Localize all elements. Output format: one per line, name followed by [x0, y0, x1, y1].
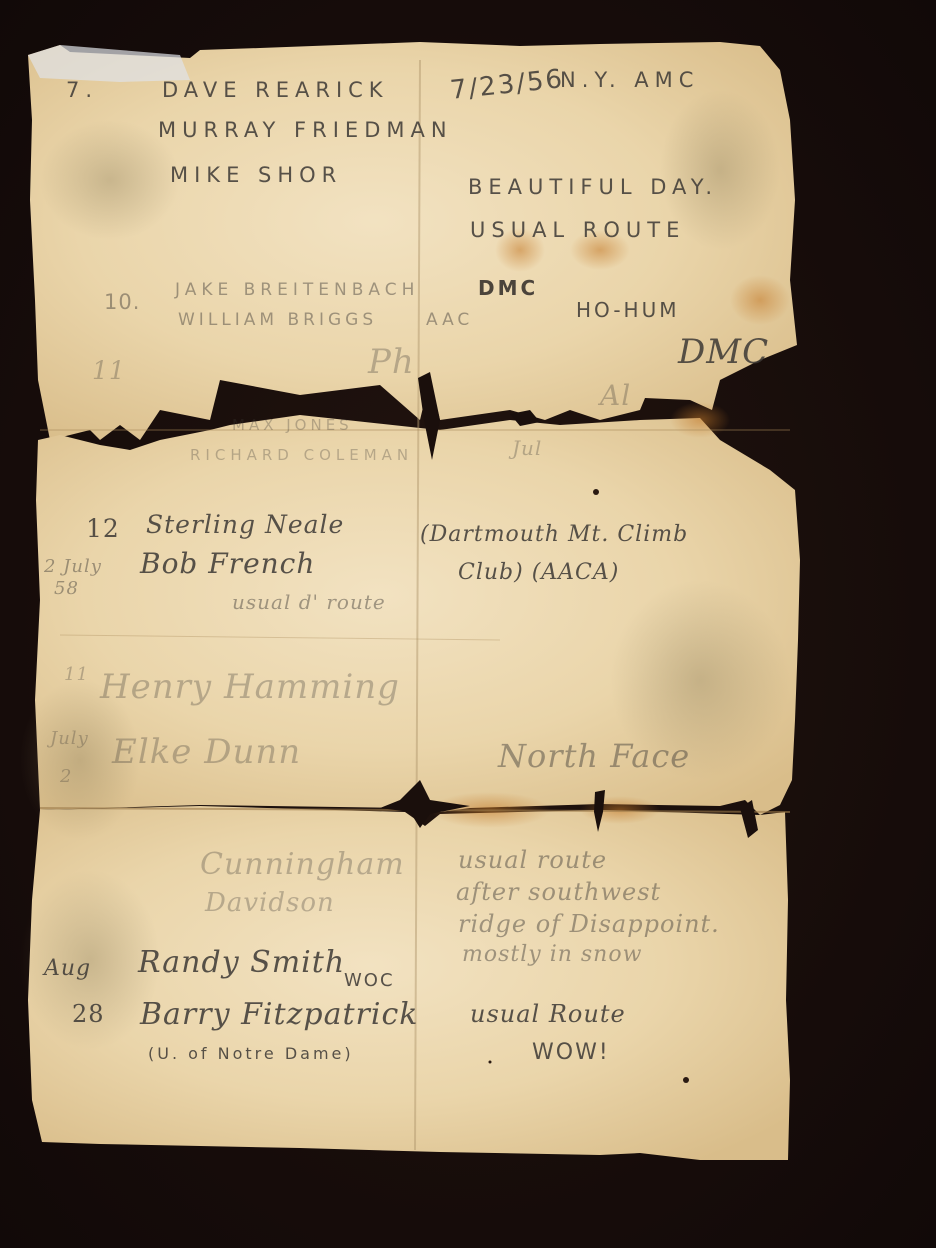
entry-note: usual Route [470, 1002, 626, 1026]
entry-note: Jul [512, 438, 542, 458]
illegible-text: Al [600, 382, 631, 410]
entry-name: Elke Dunn [112, 735, 301, 769]
entry-name: Davidson [205, 890, 335, 916]
entry-date: 28 [72, 1002, 105, 1026]
entry-note: ridge of Disappoint. [458, 912, 720, 936]
entry-date: 2 [60, 768, 72, 786]
entry-name: Cunningham [200, 850, 405, 880]
entry-number: 10. [104, 292, 140, 313]
entry-name: JAKE BREITENBACH [175, 282, 419, 299]
register-paper: 7. DAVE REARICK 7/23/56 N.Y. AMC MURRAY … [0, 0, 936, 1248]
photo-scene: 7. DAVE REARICK 7/23/56 N.Y. AMC MURRAY … [0, 0, 936, 1248]
entry-note: usual d' route [232, 592, 386, 612]
entry-note: after southwest [456, 880, 661, 904]
entry-note: North Face [498, 740, 690, 772]
entry-club: AAC [426, 312, 473, 329]
entry-date: Aug [44, 958, 91, 980]
entry-club: (U. of Notre Dame) [148, 1046, 354, 1062]
illegible-text: Ph [368, 345, 415, 379]
entry-date: 58 [54, 580, 79, 598]
entry-note: USUAL ROUTE [470, 220, 685, 241]
entry-name: DAVE REARICK [162, 80, 389, 101]
entry-name: Barry Fitzpatrick [140, 1000, 418, 1030]
entry-number: 7. [66, 80, 98, 101]
entry-club: N.Y. AMC [560, 70, 699, 91]
entry-name: MURRAY FRIEDMAN [158, 120, 453, 141]
entry-name: Bob French [140, 550, 315, 578]
entry-note: HO-HUM [576, 300, 680, 320]
entry-name: MIKE SHOR [170, 165, 342, 186]
entry-club: DMC [678, 335, 769, 369]
entry-club: WOC [344, 972, 395, 990]
entry-number: 11 [92, 358, 126, 383]
entry-club: DMC [478, 278, 538, 298]
entry-note: usual route [458, 848, 607, 872]
entry-name: Randy Smith [138, 948, 345, 978]
entry-name: WILLIAM BRIGGS [178, 312, 377, 329]
entry-number: 11 [64, 666, 89, 684]
entry-affiliation: Club) (AACA) [458, 562, 619, 584]
entry-date: 2 July [44, 558, 102, 576]
entry-name: MAX JONES [232, 418, 353, 433]
entry-date: July [50, 730, 89, 748]
entry-name: RICHARD COLEMAN [190, 448, 413, 463]
entry-name: Sterling Neale [146, 512, 344, 537]
entry-name: Henry Hamming [100, 670, 400, 704]
entry-note: WOW! [532, 1042, 610, 1064]
entry-affiliation: (Dartmouth Mt. Climb [420, 524, 688, 546]
entry-number: 12 [86, 516, 120, 541]
entry-note: BEAUTIFUL DAY. [468, 177, 718, 198]
entry-note: mostly in snow [462, 944, 642, 966]
